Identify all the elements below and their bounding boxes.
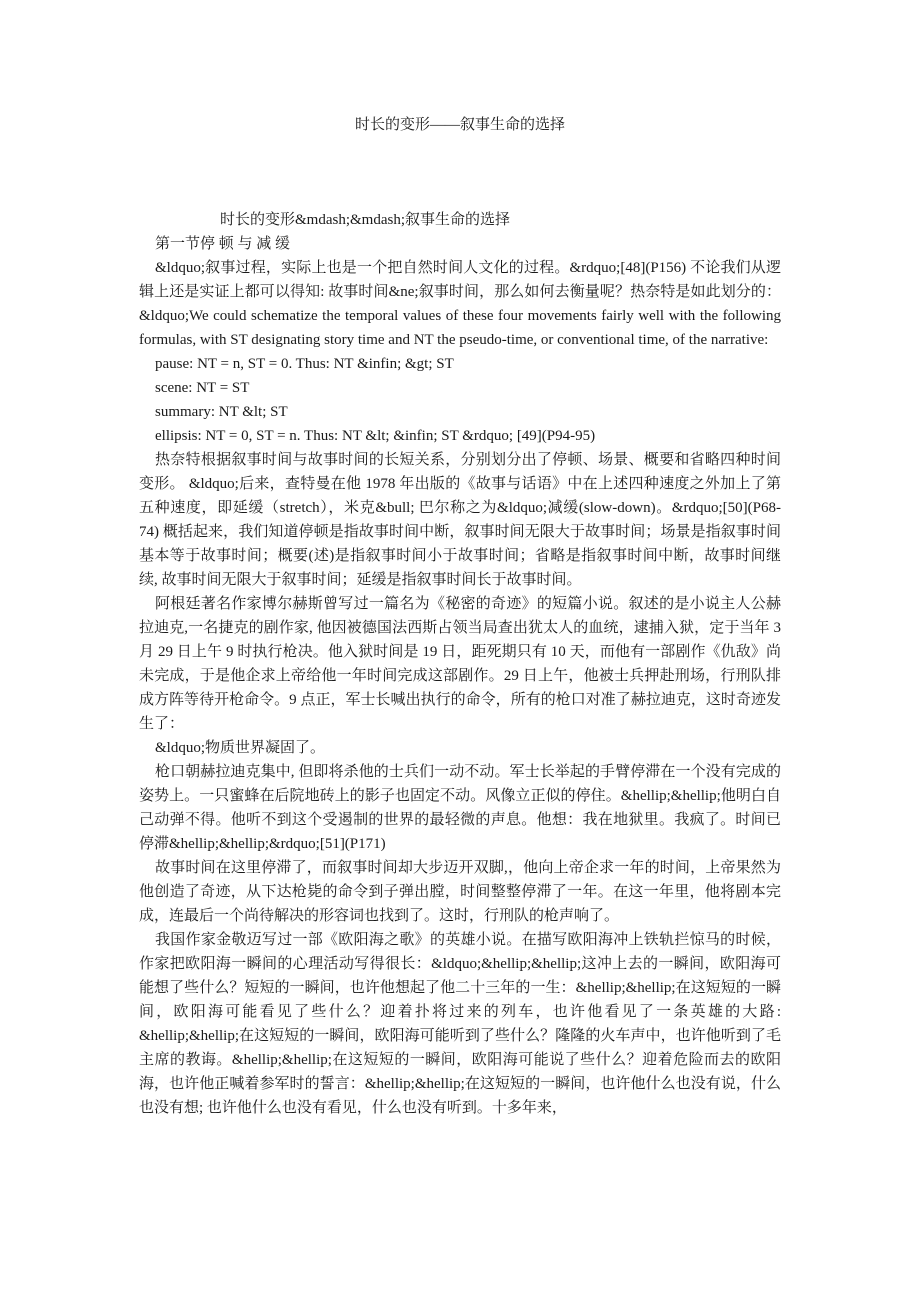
- paragraph-intro: &ldquo;叙事过程，实际上也是一个把自然时间人文化的过程。&rdquo;[4…: [139, 256, 781, 352]
- section-heading: 第一节停 顿 与 减 缓: [139, 232, 781, 256]
- paragraph-quote-start: &ldquo;物质世界凝固了。: [139, 736, 781, 760]
- paragraph: 热奈特根据叙事时间与故事时间的长短关系，分别划分出了停顿、场景、概要和省略四种时…: [139, 448, 781, 592]
- formula-scene: scene: NT = ST: [139, 376, 781, 400]
- document-body: 时长的变形&mdash;&mdash;叙事生命的选择 第一节停 顿 与 减 缓 …: [139, 208, 781, 1120]
- paragraph: 我国作家金敬迈写过一部《欧阳海之歌》的英雄小说。在描写欧阳海冲上铁轨拦惊马的时候…: [139, 928, 781, 1120]
- formula-pause: pause: NT = n, ST = 0. Thus: NT &infin; …: [139, 352, 781, 376]
- document-subtitle: 时长的变形&mdash;&mdash;叙事生命的选择: [139, 208, 781, 232]
- paragraph: 故事时间在这里停滞了，而叙事时间却大步迈开双脚,，他向上帝企求一年的时间，上帝果…: [139, 856, 781, 928]
- document-title: 时长的变形——叙事生命的选择: [0, 114, 920, 136]
- formula-ellipsis: ellipsis: NT = 0, ST = n. Thus: NT &lt; …: [139, 424, 781, 448]
- formula-summary: summary: NT &lt; ST: [139, 400, 781, 424]
- paragraph: 阿根廷著名作家博尔赫斯曾写过一篇名为《秘密的奇迹》的短篇小说。叙述的是小说主人公…: [139, 592, 781, 736]
- paragraph: 枪口朝赫拉迪克集中, 但即将杀他的士兵们一动不动。军士长举起的手臂停滞在一个没有…: [139, 760, 781, 856]
